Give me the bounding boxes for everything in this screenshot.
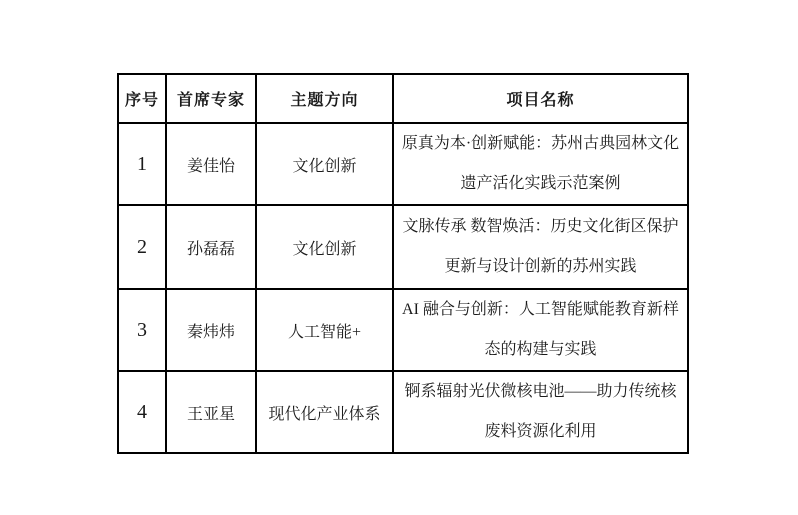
document-page: 序号 首席专家 主题方向 项目名称 1 姜佳怡 文化创新 原真为本·创新赋能：苏…: [0, 0, 798, 515]
cell-expert: 姜佳怡: [166, 123, 256, 205]
table-header: 序号 首席专家 主题方向 项目名称: [118, 74, 688, 123]
cell-index: 1: [118, 123, 166, 205]
cell-theme: 文化创新: [256, 123, 393, 205]
header-cell-theme: 主题方向: [256, 74, 393, 123]
cell-expert: 秦炜炜: [166, 289, 256, 371]
cell-index: 4: [118, 371, 166, 453]
header-cell-index: 序号: [118, 74, 166, 123]
header-cell-project: 项目名称: [393, 74, 688, 123]
cell-theme: 现代化产业体系: [256, 371, 393, 453]
cell-project: 锕系辐射光伏微核电池——助力传统核废料资源化利用: [393, 371, 688, 453]
header-cell-expert: 首席专家: [166, 74, 256, 123]
table-row: 3 秦炜炜 人工智能+ AI 融合与创新：人工智能赋能教育新样态的构建与实践: [118, 289, 688, 371]
table-row: 4 王亚星 现代化产业体系 锕系辐射光伏微核电池——助力传统核废料资源化利用: [118, 371, 688, 453]
cell-expert: 王亚星: [166, 371, 256, 453]
header-row: 序号 首席专家 主题方向 项目名称: [118, 74, 688, 123]
cell-expert: 孙磊磊: [166, 205, 256, 289]
cell-index: 2: [118, 205, 166, 289]
cell-theme: 人工智能+: [256, 289, 393, 371]
cell-theme: 文化创新: [256, 205, 393, 289]
table-row: 2 孙磊磊 文化创新 文脉传承 数智焕活：历史文化街区保护更新与设计创新的苏州实…: [118, 205, 688, 289]
table-body: 1 姜佳怡 文化创新 原真为本·创新赋能：苏州古典园林文化遗产活化实践示范案例 …: [118, 123, 688, 453]
cell-project: AI 融合与创新：人工智能赋能教育新样态的构建与实践: [393, 289, 688, 371]
table-row: 1 姜佳怡 文化创新 原真为本·创新赋能：苏州古典园林文化遗产活化实践示范案例: [118, 123, 688, 205]
cell-project: 原真为本·创新赋能：苏州古典园林文化遗产活化实践示范案例: [393, 123, 688, 205]
cell-index: 3: [118, 289, 166, 371]
cell-project: 文脉传承 数智焕活：历史文化街区保护更新与设计创新的苏州实践: [393, 205, 688, 289]
projects-table: 序号 首席专家 主题方向 项目名称 1 姜佳怡 文化创新 原真为本·创新赋能：苏…: [117, 73, 689, 454]
